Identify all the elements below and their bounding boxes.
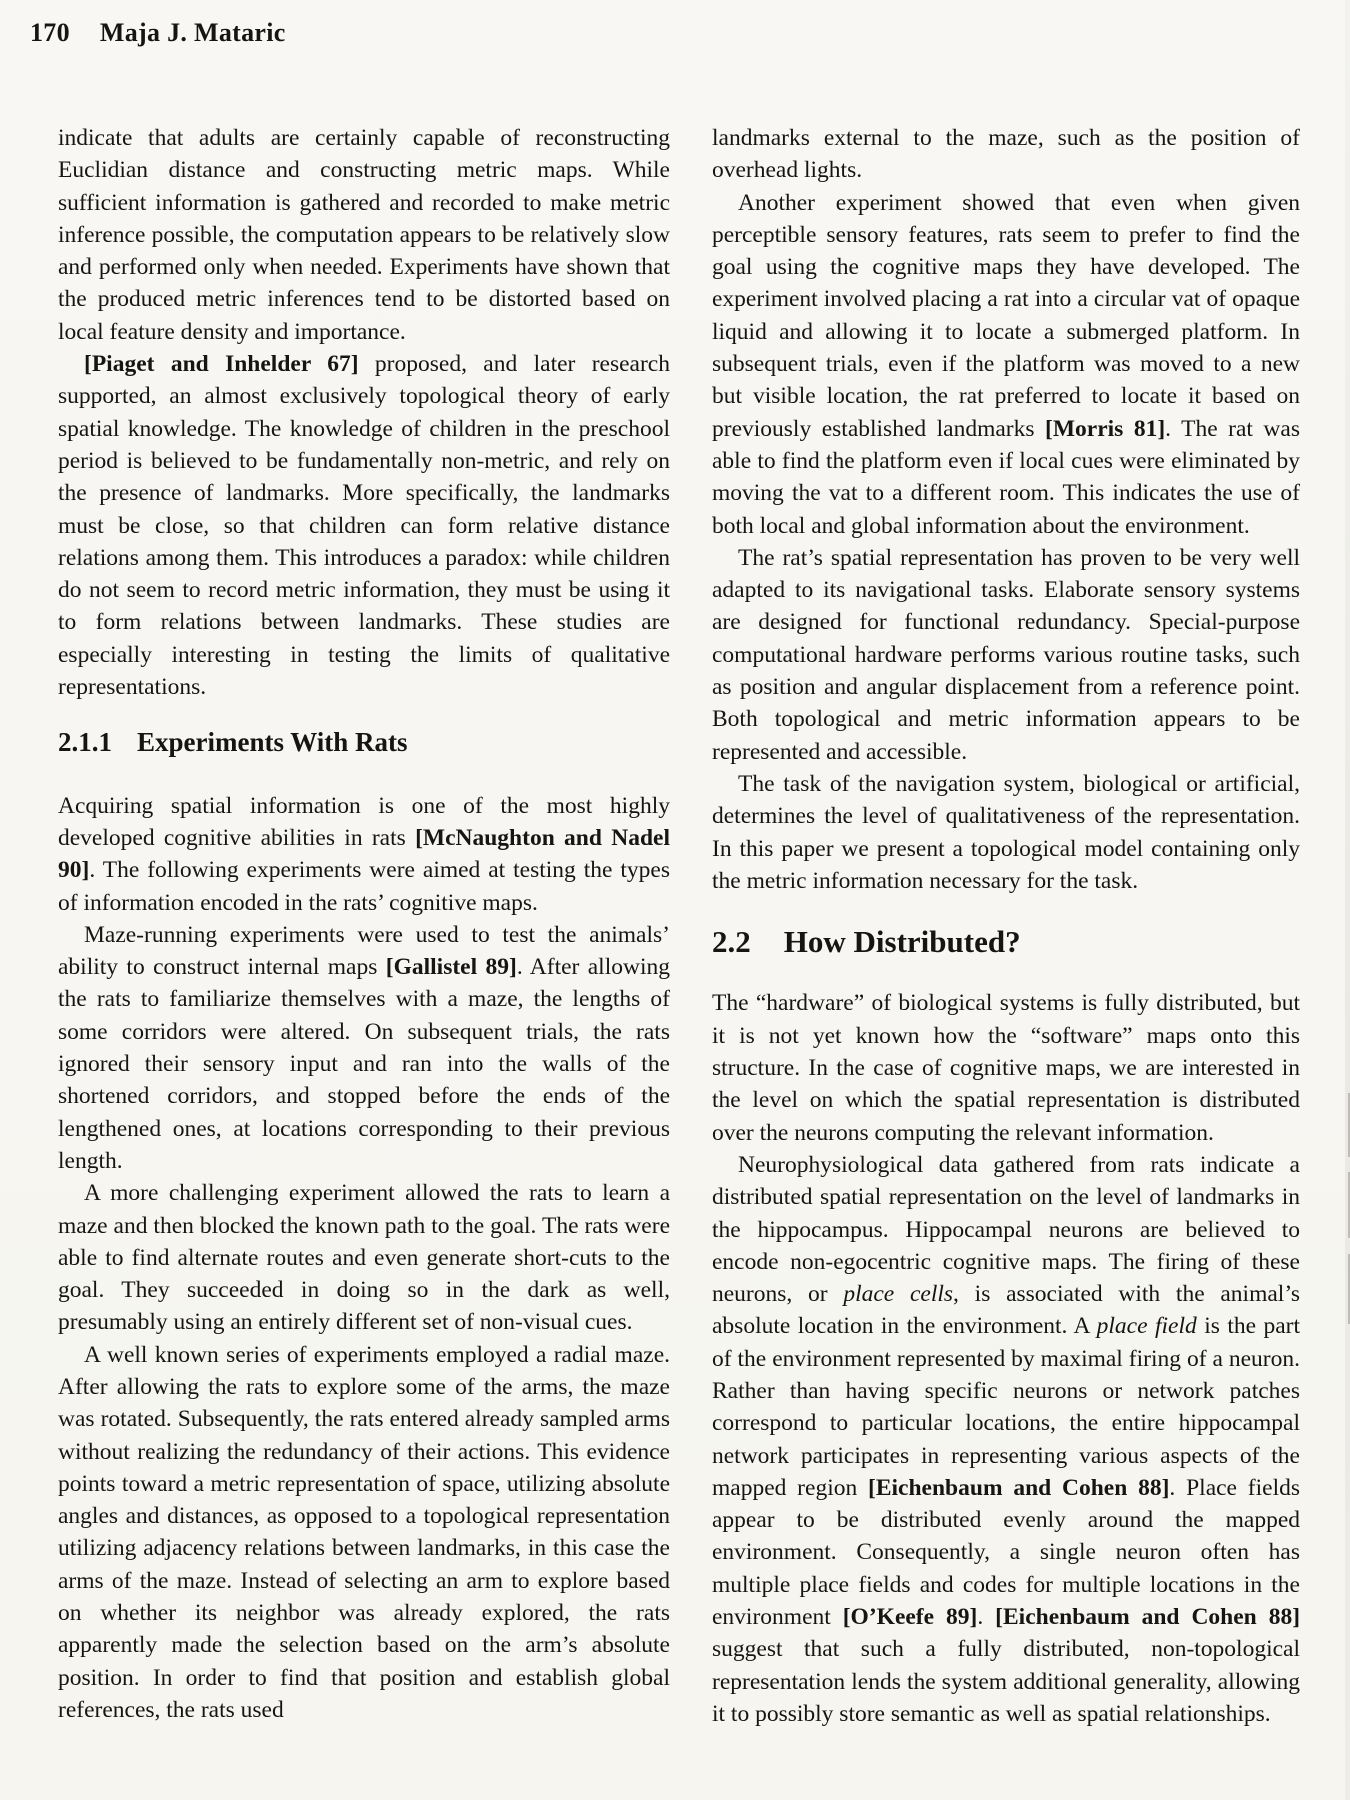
paragraph: indicate that adults are certainly capab… (58, 122, 670, 348)
scan-edge-shade (1345, 0, 1350, 1800)
section-heading: 2.1.1Experiments With Rats (58, 726, 670, 758)
paragraph: Neurophysiological data gathered from ra… (712, 1149, 1300, 1730)
citation: [Gallistel 89] (386, 954, 517, 980)
text-run: The rat’s spatial representation has pro… (712, 545, 1300, 765)
paragraph: The task of the navigation system, biolo… (712, 768, 1300, 897)
running-head: Maja J. Mataric (100, 18, 286, 48)
right-column: landmarks external to the maze, such as … (712, 122, 1300, 1730)
citation: [Morris 81] (1045, 416, 1165, 442)
left-column: indicate that adults are certainly capab… (58, 122, 670, 1726)
text-run: The “hardware” of biological systems is … (712, 990, 1300, 1145)
scanned-paper-page: { "header": { "page_number": "170", "run… (0, 0, 1350, 1800)
paragraph: landmarks external to the maze, such as … (712, 122, 1300, 187)
term: place cells (843, 1281, 953, 1307)
paragraph: A well known series of experiments emplo… (58, 1339, 670, 1727)
citation: [O’Keefe 89] (843, 1604, 978, 1630)
text-run: is the part of the environment represent… (712, 1313, 1300, 1500)
section-title: Experiments With Rats (137, 727, 408, 757)
page-number: 170 (30, 18, 70, 48)
section-heading: 2.2How Distributed? (712, 926, 1300, 958)
paragraph: The “hardware” of biological systems is … (712, 987, 1300, 1148)
text-run: Another experiment showed that even when… (712, 190, 1300, 442)
citation: [Eichenbaum and Cohen 88] (995, 1604, 1300, 1630)
section-number: 2.2 (712, 924, 751, 959)
paragraph: A more challenging experiment allowed th… (58, 1177, 670, 1338)
term: place field (1097, 1313, 1197, 1339)
citation: [Eichenbaum and Cohen 88] (868, 1475, 1169, 1501)
text-run: landmarks external to the maze, such as … (712, 125, 1300, 183)
section-title: How Distributed? (784, 924, 1021, 959)
paragraph: Acquiring spatial information is one of … (58, 790, 670, 919)
text-run: The task of the navigation system, biolo… (712, 771, 1300, 894)
text-run: . The following experiments were aimed a… (58, 857, 670, 915)
page: 170 Maja J. Mataric indicate that adults… (0, 0, 1350, 1800)
text-run: suggest that such a fully distributed, n… (712, 1636, 1300, 1727)
page-header: 170 Maja J. Mataric (30, 18, 286, 48)
paragraph: Another experiment showed that even when… (712, 187, 1300, 542)
text-run: . After allowing the rats to familiarize… (58, 954, 670, 1174)
paragraph: Maze-running experiments were used to te… (58, 919, 670, 1177)
text-run: indicate that adults are certainly capab… (58, 125, 670, 345)
citation: [Piaget and Inhelder 67] (84, 351, 359, 377)
section-number: 2.1.1 (58, 727, 112, 757)
text-run: A more challenging experiment allowed th… (58, 1180, 670, 1335)
paragraph: [Piaget and Inhelder 67] proposed, and l… (58, 348, 670, 703)
text-run: proposed, and later research supported, … (58, 351, 670, 700)
text-run: A well known series of experiments emplo… (58, 1342, 670, 1723)
text-run: . (977, 1604, 995, 1630)
paragraph: The rat’s spatial representation has pro… (712, 542, 1300, 768)
